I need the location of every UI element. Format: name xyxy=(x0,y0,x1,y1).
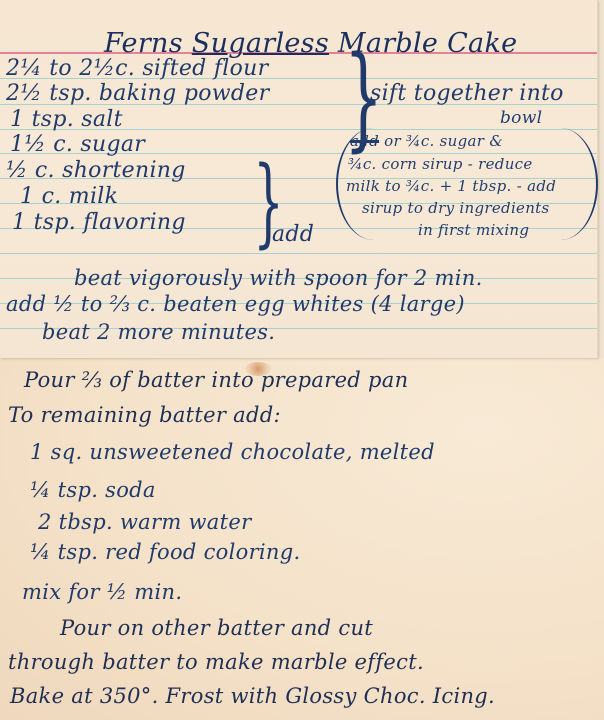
substitution-line: milk to ¾c. + 1 tbsp. - add xyxy=(346,177,556,195)
blue-rule xyxy=(0,253,597,254)
ingredient-line: 1½ c. sugar xyxy=(10,132,145,157)
final-step: through batter to make marble effect. xyxy=(8,650,424,674)
ingredient-line: 2¼ to 2½c. sifted flour xyxy=(6,56,268,81)
chocolate-ingredient: ¼ tsp. soda xyxy=(30,478,156,502)
wet-instruction: add xyxy=(272,222,314,247)
chocolate-ingredient: ¼ tsp. red food coloring. xyxy=(30,540,300,564)
substitution-line: ¾c. corn sirup - reduce xyxy=(348,155,533,173)
ingredient-line: ½ c. shortening xyxy=(6,158,186,183)
ingredient-line: 1 tsp. salt xyxy=(10,107,123,132)
step-line: add ½ to ⅔ c. beaten egg whites (4 large… xyxy=(6,292,465,316)
substitution-line: in first mixing xyxy=(418,221,529,239)
chocolate-ingredient: 1 sq. unsweetened chocolate, melted xyxy=(30,440,435,464)
recipe-title: Ferns Sugarless Marble Cake xyxy=(104,28,517,59)
chocolate-ingredient: 2 tbsp. warm water xyxy=(38,510,251,534)
ingredient-line: 1 c. milk xyxy=(20,184,118,209)
step-line: beat 2 more minutes. xyxy=(42,320,275,344)
dry-instruction-bowl: bowl xyxy=(500,108,542,128)
dry-instruction: sift together into xyxy=(370,81,564,106)
step-line: Pour ⅔ of batter into prepared pan xyxy=(24,368,408,392)
step-line: beat vigorously with spoon for 2 min. xyxy=(74,266,483,290)
mix-instruction: mix for ½ min. xyxy=(22,580,182,604)
title-prefix: Ferns xyxy=(104,28,192,59)
struck-word: add xyxy=(350,132,379,150)
substitution-line: add or ¾c. sugar & xyxy=(350,132,503,150)
step-line: To remaining batter add: xyxy=(8,403,281,427)
final-step: Bake at 350°. Frost with Glossy Choc. Ic… xyxy=(10,684,495,708)
ingredient-line: 1 tsp. flavoring xyxy=(12,210,186,235)
title-underlined-word: Sugarless xyxy=(192,28,329,59)
substitution-line: sirup to dry ingredients xyxy=(362,199,550,217)
ingredient-line: 2½ tsp. baking powder xyxy=(6,81,269,106)
final-step: Pour on other batter and cut xyxy=(60,616,373,640)
